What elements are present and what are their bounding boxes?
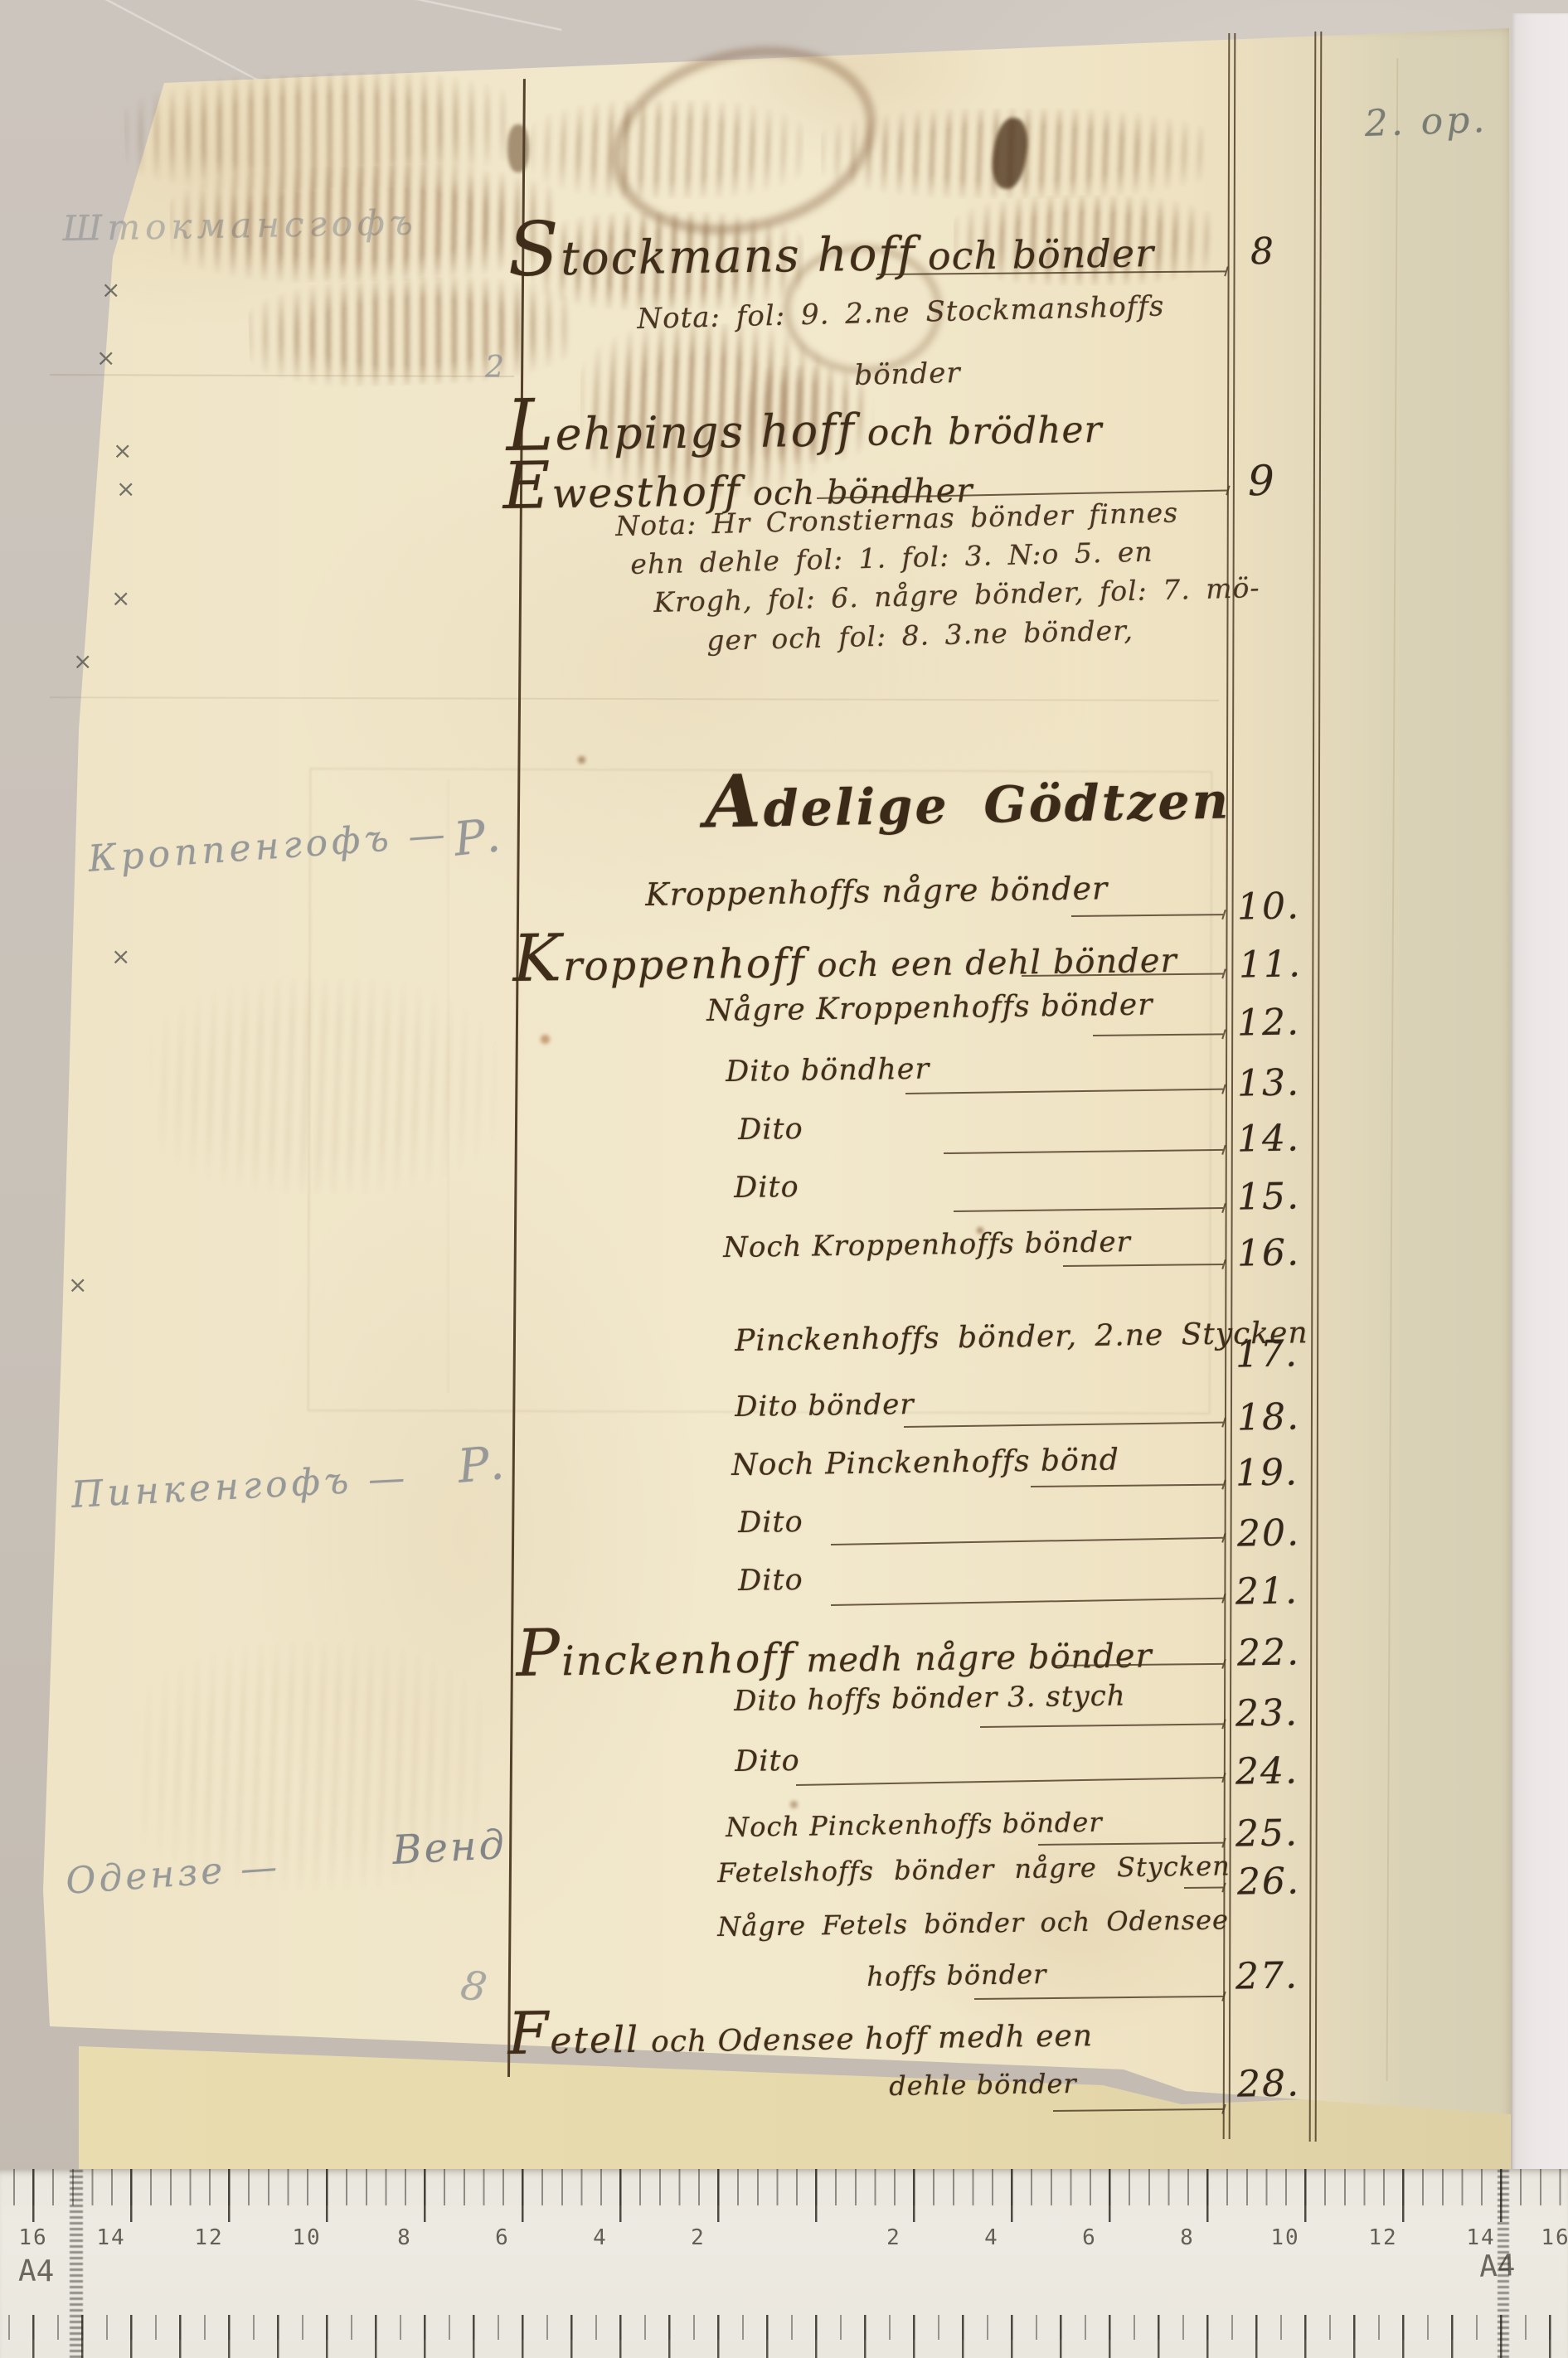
entry-rest: och bönder xyxy=(928,234,1155,275)
margin-note-mark: Р. xyxy=(452,813,502,863)
entry-rest: medh någre bönder xyxy=(806,1639,1153,1677)
ink-blot xyxy=(507,124,529,172)
register-entry: Dito böndher xyxy=(726,1055,930,1087)
register-entry-continuation: hoffs bönder xyxy=(867,1961,1047,1990)
entry-label: Dito böndher xyxy=(726,1055,930,1087)
register-entry: Kroppenhoffoch een dehl bönder xyxy=(512,918,1177,992)
entry-label: Kroppenhoffs någre bönder xyxy=(645,872,1108,910)
entry-lead: Stockmans hoff xyxy=(507,208,916,289)
check-mark: × xyxy=(73,650,92,673)
ruler-number: 14 xyxy=(1466,2227,1495,2249)
register-entry-continuation: dehle bönder xyxy=(889,2070,1077,2099)
ink-speck xyxy=(578,756,585,764)
scanner-ruler xyxy=(0,2169,1568,2358)
top-right-folio-note: 2. op. xyxy=(1364,102,1488,143)
entry-number: 27. xyxy=(1235,1958,1299,1995)
ink-speck xyxy=(790,1801,798,1808)
entry-lead: Pinckenhoff xyxy=(516,1618,795,1686)
margin-note-mark: Р. xyxy=(456,1440,506,1491)
entry-label: Noch Pinckenhoffs bönder xyxy=(726,1809,1103,1841)
register-entry: Noch Pinckenhoffs bönder xyxy=(726,1809,1103,1841)
entry-number: 24. xyxy=(1235,1753,1299,1790)
register-entry: Noch Pinckenhoffs bönd xyxy=(731,1445,1119,1481)
entry-label: Dito xyxy=(738,1566,803,1596)
ruler-number: 12 xyxy=(194,2227,223,2249)
entry-number: 21. xyxy=(1235,1573,1299,1610)
register-entry: Dito xyxy=(738,1115,803,1145)
register-entry: Någre Kroppenhoffs bönder xyxy=(706,990,1153,1026)
entry-number: 13. xyxy=(1237,1065,1301,1102)
rust-speck xyxy=(541,1035,550,1044)
check-mark: × xyxy=(111,945,130,968)
ruler-number: 16 xyxy=(1541,2227,1568,2249)
ruler-number: 16 xyxy=(18,2227,47,2249)
check-mark: × xyxy=(101,279,120,302)
entry-lead: Fetell xyxy=(507,2003,639,2063)
entry-number: 8 xyxy=(1250,234,1276,271)
ruler-smudge xyxy=(70,2169,83,2358)
ink-bleedthrough xyxy=(169,163,561,285)
entry-number: 19. xyxy=(1235,1454,1299,1492)
register-entry: Någre Fetels bönder och Odensee xyxy=(717,1906,1229,1940)
entry-number: 18. xyxy=(1237,1399,1301,1436)
ruler-ticks-top xyxy=(0,2169,1568,2222)
ruler-number: 2 xyxy=(691,2227,706,2249)
entry-number: 22. xyxy=(1237,1634,1301,1671)
entry-number: 26. xyxy=(1237,1863,1301,1900)
ruler-number: 4 xyxy=(593,2227,608,2249)
ruler-number: 2 xyxy=(886,2227,901,2249)
ruler-a4-label-left: A4 xyxy=(18,2257,54,2287)
ink-bleedthrough xyxy=(149,978,498,1194)
ruler-number: 12 xyxy=(1368,2227,1397,2249)
check-mark: × xyxy=(113,439,132,463)
check-mark: × xyxy=(111,587,130,610)
register-entry: Dito xyxy=(735,1747,800,1777)
entry-label: Dito xyxy=(735,1747,800,1777)
entry-label: Dito xyxy=(738,1115,803,1145)
ruler-number: 14 xyxy=(96,2227,125,2249)
entry-number: 12. xyxy=(1237,1004,1301,1041)
pencil-small-note: 2 xyxy=(485,353,504,383)
register-entry: Fetelshoffs bönder någre Stycken xyxy=(717,1852,1231,1886)
entry-label: Pinckenhoffs bönder, 2.ne Stycken xyxy=(735,1318,1308,1356)
register-entry: Dito bönder xyxy=(735,1390,915,1421)
ruler-number: 6 xyxy=(1082,2227,1097,2249)
entry-number: 28. xyxy=(1237,2065,1301,2103)
check-mark: × xyxy=(116,478,135,501)
register-entry: Pinckenhoffmedh någre bönder xyxy=(516,1613,1153,1686)
entry-label: Noch Pinckenhoffs bönd xyxy=(731,1445,1119,1481)
check-mark: × xyxy=(96,347,115,370)
entry-label: Dito hoffs bönder 3. stych xyxy=(734,1681,1126,1715)
register-entry: Noch Kroppenhoffs bönder xyxy=(723,1228,1131,1262)
register-entry: Dito xyxy=(734,1173,799,1203)
entry-number: 16. xyxy=(1237,1235,1301,1272)
entry-number: 25. xyxy=(1235,1815,1299,1852)
register-entry: Pinckenhoffs bönder, 2.ne Stycken xyxy=(735,1318,1308,1356)
entry-number: 17. xyxy=(1235,1336,1299,1373)
section-heading: Adelige Gödtzen xyxy=(704,756,1231,837)
entry-number: 23. xyxy=(1235,1695,1299,1732)
entry-rest: och een dehl bönder xyxy=(817,944,1177,982)
register-entry: Dito xyxy=(738,1566,803,1596)
register-entry: Fetelloch Odensee hoff medh een xyxy=(507,1997,1093,2063)
scanner-scratch xyxy=(351,0,562,31)
entry-number: 14. xyxy=(1237,1120,1301,1157)
register-entry: Dito hoffs bönder 3. stych xyxy=(734,1681,1126,1715)
scanned-document-canvas: Штокмансгофъ Кроппенгофъ — Р. Пинкенгофъ… xyxy=(0,0,1568,2358)
ruler-ticks-bottom xyxy=(0,2315,1568,2358)
entry-label: Dito xyxy=(738,1508,803,1538)
entry-label: Noch Kroppenhoffs bönder xyxy=(723,1228,1131,1262)
check-mark: × xyxy=(68,1274,87,1297)
register-entry: Stockmans hoffoch bönder xyxy=(507,205,1154,289)
entry-rest: och Odensee hoff medh een xyxy=(651,2021,1093,2057)
ruler-number: 10 xyxy=(1270,2227,1299,2249)
ruler-number: 8 xyxy=(1180,2227,1195,2249)
entry-number: 9 xyxy=(1248,460,1277,502)
entry-rest: och brödher xyxy=(867,412,1102,452)
ruler-number: 8 xyxy=(397,2227,412,2249)
entry-label: hoffs bönder xyxy=(867,1961,1047,1990)
side-paper-strip xyxy=(1512,13,1568,2171)
margin-note-mark: Венд xyxy=(391,1825,507,1870)
entry-number: 10. xyxy=(1237,888,1301,925)
entry-number: 20. xyxy=(1237,1515,1301,1552)
register-entry: Dito xyxy=(738,1508,803,1538)
ruler-number: 10 xyxy=(292,2227,321,2249)
entry-label: dehle bönder xyxy=(889,2070,1077,2099)
entry-label: Fetelshoffs bönder någre Stycken xyxy=(717,1852,1231,1886)
entry-lead: Kroppenhoff xyxy=(512,923,806,992)
entry-number: 15. xyxy=(1237,1178,1301,1215)
register-entry: Kroppenhoffs någre bönder xyxy=(645,872,1108,910)
entry-label: Dito bönder xyxy=(735,1390,915,1421)
ruler-number: 6 xyxy=(495,2227,510,2249)
ruler-number: 4 xyxy=(984,2227,999,2249)
entry-label: Någre Kroppenhoffs bönder xyxy=(706,990,1153,1026)
entry-label: Någre Fetels bönder och Odensee xyxy=(717,1906,1229,1940)
entry-label: Dito xyxy=(734,1173,799,1203)
ruler-smudge xyxy=(1498,2169,1509,2358)
entry-number: 11. xyxy=(1239,946,1303,983)
